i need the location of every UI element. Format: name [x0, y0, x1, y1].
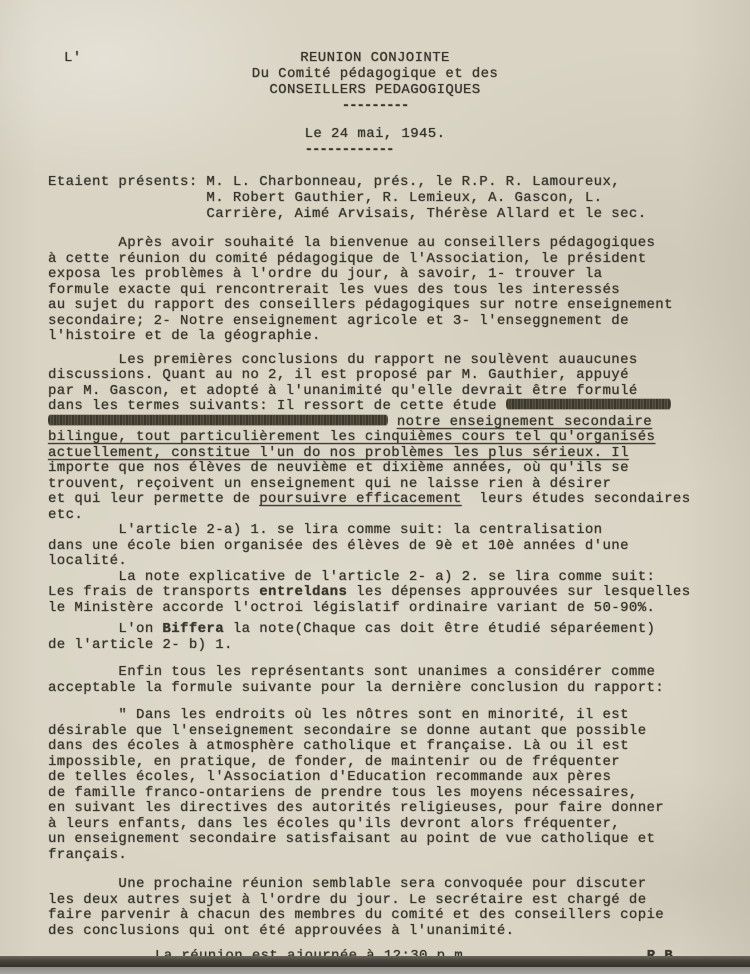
text-line: Etaient présents: M. L. Charbonneau, pré… [48, 174, 750, 190]
text-segment: des conclusions qui ont été approuvées à… [48, 923, 514, 939]
text-segment: faire parvenir à chacun des membres du c… [48, 907, 664, 923]
text-segment: Une prochaine réunion semblable sera con… [48, 876, 647, 892]
paragraph-8: Une prochaine réunion semblable sera con… [0, 877, 750, 939]
text-segment: Etaient présents: M. L. Charbonneau, pré… [48, 174, 620, 190]
text-segment: " Dans les endroits où les nôtres sont e… [48, 707, 629, 723]
text-segment: par M. Gascon, et adopté à l'unanimité q… [48, 383, 638, 399]
text-segment: de famille franco-ontariens de prendre t… [48, 785, 638, 801]
doc-title-line-3: CONSEILLERS PEDAGOGIQUES [0, 82, 750, 98]
paragraph-5: L'on Biffera la note(Chaque cas doit êtr… [0, 622, 750, 653]
paragraph-1: Après avoir souhaité la bienvenue au con… [0, 236, 750, 345]
doc-title-line-1: REUNION CONJOINTE [0, 50, 750, 66]
text-line: formule exacte qui rencontrerait les vue… [48, 283, 750, 299]
text-line: l'histoire et de la géographie. [48, 329, 750, 345]
text-line: les deux autres sujet à l'ordre du jour.… [48, 893, 750, 909]
text-line: des conclusions qui ont été approuvées à… [48, 924, 750, 940]
text-line: dans des écoles à atmosphère catholique … [48, 739, 750, 755]
text-segment: localité. [48, 553, 127, 569]
text-segment: Biffera [162, 621, 224, 637]
text-segment: la note(Chaque cas doit être étudié sépa… [224, 621, 655, 637]
text-segment: La note explicative de l'article 2- a) 2… [48, 569, 655, 585]
text-line: faire parvenir à chacun des membres du c… [48, 908, 750, 924]
text-segment: M. Robert Gauthier, R. Lemieux, A. Gasco… [48, 190, 603, 206]
underlined-text: notre enseignement secondaire [397, 414, 652, 430]
text-line: à leurs enfants, dans les écoles qu'ils … [48, 817, 750, 833]
scan-edge-background [0, 967, 750, 974]
text-segment: dans une école bien organisée des élèves… [48, 538, 629, 554]
text-line: et qui leur permette de poursuivre effic… [48, 492, 750, 508]
text-segment: à cette réunion du comité pédagogique de… [48, 251, 647, 267]
text-segment: etc. [48, 507, 83, 523]
text-segment: trouvent, reçoivent un enseignement qui … [48, 476, 611, 492]
struck-out-text [506, 399, 671, 409]
text-segment: dans des écoles à atmosphère catholique … [48, 738, 629, 754]
text-line: localité. [48, 554, 750, 570]
text-segment: L'article 2-a) 1. se lira comme suit: la… [48, 522, 603, 538]
scan-background: L' REUNION CONJOINTE Du Comité pédagogiq… [0, 0, 750, 974]
text-line: Les premières conclusions du rapport ne … [48, 353, 750, 369]
text-segment: Carrière, Aimé Arvisais, Thérèse Allard … [48, 206, 647, 222]
text-segment: acceptable la formule suivante pour la d… [48, 680, 664, 696]
text-segment: leurs études secondaires [462, 491, 691, 507]
text-segment: en suivant les directives des autorités … [48, 800, 664, 816]
underlined-text: bilingue, tout particulièrement les cinq… [48, 429, 655, 445]
text-segment: le Ministère accorde l'octroi législatif… [48, 600, 655, 616]
text-line: à cette réunion du comité pédagogique de… [48, 252, 750, 268]
text-segment: secondaire; 2- Notre enseignement agrico… [48, 313, 629, 329]
date-block: Le 24 mai, 1945. ------------ [305, 126, 446, 158]
underlined-text: actuellement, constitue l'un do nos prob… [48, 445, 629, 461]
paragraph-2: Les premières conclusions du rapport ne … [0, 353, 750, 524]
document-header: REUNION CONJOINTE Du Comité pédagogique … [0, 0, 750, 158]
text-line: un enseignement secondaire satisfaisant … [48, 832, 750, 848]
doc-title-line-2: Du Comité pédagogique et des [0, 66, 750, 82]
text-line: Après avoir souhaité la bienvenue au con… [48, 236, 750, 252]
text-line: le Ministère accorde l'octroi législatif… [48, 601, 750, 617]
text-line: etc. [48, 508, 750, 524]
struck-out-text [48, 415, 388, 425]
meeting-date: Le 24 mai, 1945. [305, 126, 446, 142]
text-line: en suivant les directives des autorités … [48, 801, 750, 817]
text-segment: exposa les problèmes à l'ordre du jour, … [48, 266, 603, 282]
text-line: M. Robert Gauthier, R. Lemieux, A. Gasco… [48, 190, 750, 206]
text-line: discussions. Quant au no 2, il est propo… [48, 368, 750, 384]
paragraph-6: Enfin tous les représentants sont unanim… [0, 665, 750, 696]
text-line: Les frais de transports entreldans les d… [48, 585, 750, 601]
text-line: acceptable la formule suivante pour la d… [48, 681, 750, 697]
text-line: désirable que l'enseignement secondaire … [48, 724, 750, 740]
text-line: de l'article 2- b) 1. [48, 638, 750, 654]
text-segment [388, 414, 397, 430]
text-segment: impossible, en pratique, de fonder, de m… [48, 754, 620, 770]
text-segment: discussions. Quant au no 2, il est propo… [48, 367, 629, 383]
text-line: exposa les problèmes à l'ordre du jour, … [48, 267, 750, 283]
text-segment: les dépenses approuvées sur lesquelles [347, 584, 690, 600]
text-segment: désirable que l'enseignement secondaire … [48, 723, 647, 739]
text-segment: les deux autres sujet à l'ordre du jour.… [48, 892, 647, 908]
text-line: de telles écoles, l'Association d'Educat… [48, 770, 750, 786]
date-rule: ------------ [305, 142, 446, 158]
text-segment: et qui leur permette de [48, 491, 259, 507]
text-line: importe que nos élèves de neuvième et di… [48, 461, 750, 477]
text-line: impossible, en pratique, de fonder, de m… [48, 755, 750, 771]
title-rule: --------- [0, 98, 750, 114]
text-line: dans une école bien organisée des élèves… [48, 539, 750, 555]
text-line: de famille franco-ontariens de prendre t… [48, 786, 750, 802]
text-line: Carrière, Aimé Arvisais, Thérèse Allard … [48, 206, 750, 222]
text-segment: formule exacte qui rencontrerait les vue… [48, 282, 620, 298]
text-segment: dans les termes suivants: Il ressort de … [48, 398, 506, 414]
text-line: bilingue, tout particulièrement les cinq… [48, 430, 750, 446]
attendees-block: Etaient présents: M. L. Charbonneau, pré… [0, 174, 750, 222]
text-line: L'article 2-a) 1. se lira comme suit: la… [48, 523, 750, 539]
text-segment: importe que nos élèves de neuvième et di… [48, 460, 629, 476]
text-segment: Après avoir souhaité la bienvenue au con… [48, 235, 655, 251]
document-page: L' REUNION CONJOINTE Du Comité pédagogiq… [0, 0, 750, 960]
text-line: dans les termes suivants: Il ressort de … [48, 399, 750, 415]
text-line: Une prochaine réunion semblable sera con… [48, 877, 750, 893]
text-segment: Les premières conclusions du rapport ne … [48, 352, 638, 368]
text-line: L'on Biffera la note(Chaque cas doit êtr… [48, 622, 750, 638]
text-line: secondaire; 2- Notre enseignement agrico… [48, 314, 750, 330]
text-line: " Dans les endroits où les nôtres sont e… [48, 708, 750, 724]
paragraph-4: La note explicative de l'article 2- a) 2… [0, 570, 750, 617]
paragraph-3: L'article 2-a) 1. se lira comme suit: la… [0, 523, 750, 570]
scan-edge-shadow [0, 956, 750, 967]
text-segment: entreldans [259, 584, 347, 600]
text-segment: Enfin tous les représentants sont unanim… [48, 664, 655, 680]
paragraph-7: " Dans les endroits où les nôtres sont e… [0, 708, 750, 863]
text-segment: au sujet du rapport des conseillers péda… [48, 297, 673, 313]
text-line: au sujet du rapport des conseillers péda… [48, 298, 750, 314]
underlined-text: poursuivre efficacement [259, 491, 461, 507]
text-segment: de l'article 2- b) 1. [48, 637, 233, 653]
text-segment: à leurs enfants, dans les écoles qu'ils … [48, 816, 620, 832]
text-line: notre enseignement secondaire [48, 415, 750, 431]
text-line: actuellement, constitue l'un do nos prob… [48, 446, 750, 462]
text-segment: l'histoire et de la géographie. [48, 328, 321, 344]
text-segment: L'on [48, 621, 162, 637]
text-segment: un enseignement secondaire satisfaisant … [48, 831, 655, 847]
text-segment: de telles écoles, l'Association d'Educat… [48, 769, 611, 785]
text-line: trouvent, reçoivent un enseignement qui … [48, 477, 750, 493]
text-line: par M. Gascon, et adopté à l'unanimité q… [48, 384, 750, 400]
text-segment: français. [48, 847, 127, 863]
text-line: La note explicative de l'article 2- a) 2… [48, 570, 750, 586]
text-line: Enfin tous les représentants sont unanim… [48, 665, 750, 681]
text-segment: Les frais de transports [48, 584, 259, 600]
corner-mark: L' [64, 50, 82, 66]
text-line: français. [48, 848, 750, 864]
